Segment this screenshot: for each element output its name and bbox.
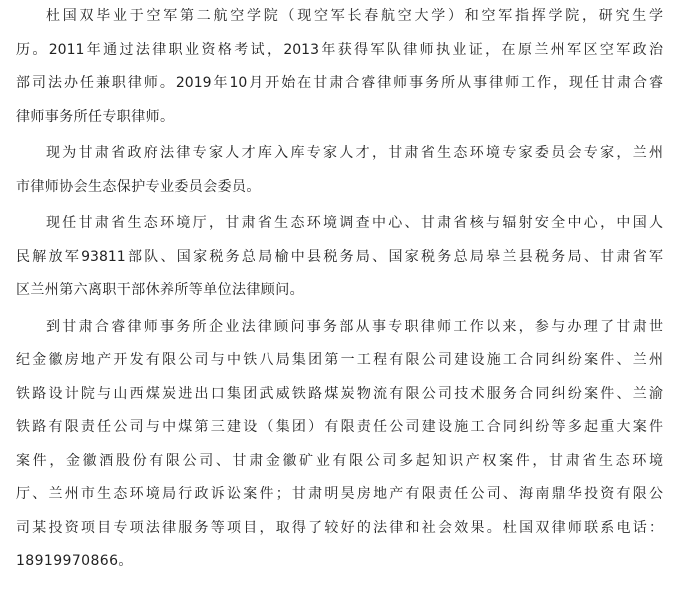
- text-line: 纪金徽房地产开发有限公司与中铁八局集团第一工程有限公司建设施工合同纠纷案件、兰州: [16, 344, 663, 378]
- text-line: 案件，金徽酒股份有限公司、甘肃金徽矿业有限公司多起知识产权案件，甘肃省生态环境: [16, 445, 663, 479]
- text-line: 司某投资项目专项法律服务等项目，取得了较好的法律和社会效果。杜国双律师联系电话：: [16, 512, 663, 546]
- paragraph-cases-and-contact: 到甘肃合睿律师事务所企业法律顾问事务部从事专职律师工作以来，参与办理了甘肃世 纪…: [16, 311, 663, 579]
- text-line: 律师事务所任专职律师。: [16, 101, 663, 135]
- text-line: 区兰州第六离职干部休养所等单位法律顾问。: [16, 274, 663, 308]
- text-line: 厅、兰州市生态环境局行政诉讼案件；甘肃明昊房地产有限责任公司、海南鼎华投资有限公: [16, 478, 663, 512]
- text-line: 现为甘肃省政府法律专家人才库入库专家人才，甘肃省生态环境专家委员会专家，兰州: [16, 137, 663, 171]
- text-line: 杜国双毕业于空军第二航空学院（现空军长春航空大学）和空军指挥学院，研究生学: [16, 0, 663, 34]
- text-line: 现任甘肃省生态环境厅，甘肃省生态环境调查中心、甘肃省核与辐射安全中心，中国人: [16, 207, 663, 241]
- text-line: 民解放军93811部队、国家税务总局榆中县税务局、国家税务总局皋兰县税务局、甘肃…: [16, 241, 663, 275]
- text-line: 铁路有限责任公司与中煤第三建设（集团）有限责任公司建设施工合同纠纷等多起重大案件: [16, 411, 663, 445]
- contact-phone-line: 18919970866。: [16, 545, 663, 579]
- text-line: 历。2011年通过法律职业资格考试，2013年获得军队律师执业证，在原兰州军区空…: [16, 34, 663, 68]
- paragraph-legal-advisor: 现任甘肃省生态环境厅，甘肃省生态环境调查中心、甘肃省核与辐射安全中心，中国人 民…: [16, 207, 663, 308]
- paragraph-education: 杜国双毕业于空军第二航空学院（现空军长春航空大学）和空军指挥学院，研究生学 历。…: [16, 0, 663, 134]
- text-line: 到甘肃合睿律师事务所企业法律顾问事务部从事专职律师工作以来，参与办理了甘肃世: [16, 311, 663, 345]
- text-line: 市律师协会生态保护专业委员会委员。: [16, 171, 663, 205]
- text-line: 部司法办任兼职律师。2019年10月开始在甘肃合睿律师事务所从事律师工作，现任甘…: [16, 67, 663, 101]
- paragraph-expert-roles: 现为甘肃省政府法律专家人才库入库专家人才，甘肃省生态环境专家委员会专家，兰州 市…: [16, 137, 663, 204]
- text-line: 铁路设计院与山西煤炭进出口集团武威铁路煤炭物流有限公司技术服务合同纠纷案件、兰渝: [16, 378, 663, 412]
- lawyer-profile-document: 杜国双毕业于空军第二航空学院（现空军长春航空大学）和空军指挥学院，研究生学 历。…: [16, 0, 663, 582]
